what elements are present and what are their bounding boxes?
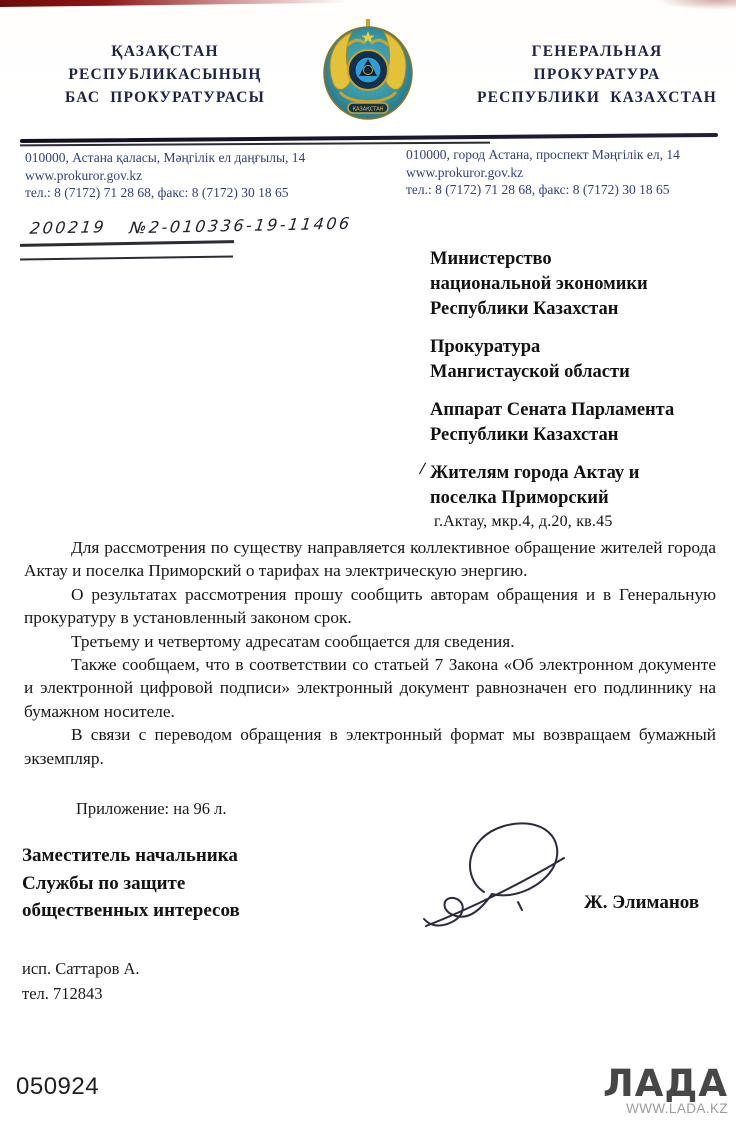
scanned-letter-page: ҚАЗАҚСТАН РЕСПУБЛИКАСЫНЫҢ БАС ПРОКУРАТУР…: [0, 0, 736, 1136]
body-paragraph: Также сообщаем, что в соответствии со ст…: [24, 653, 716, 723]
recipient-line: Республики Казахстан: [430, 423, 726, 448]
attachment-note: Приложение: на 96 л.: [24, 799, 227, 819]
recipient-line: Прокуратура: [430, 335, 726, 360]
reference-underline: [20, 240, 234, 246]
recipient-line: поселка Приморский: [430, 486, 726, 511]
recipient-ministry: Министерство национальной экономики Респ…: [430, 247, 726, 322]
website-url: www.prokuror.gov.kz: [25, 167, 390, 185]
org-left-line: БАС ПРОКУРАТУРАСЫ: [30, 86, 300, 109]
recipient-line: Министерство: [430, 247, 726, 272]
org-left-line: ҚАЗАҚСТАН: [30, 40, 300, 63]
signer-position: Заместитель начальника Службы по защите …: [22, 842, 240, 925]
handwritten-tick-mark: /: [417, 456, 427, 482]
signer-position-line: Заместитель начальника: [22, 842, 240, 870]
recipient-prosecutor-office: Прокуратура Мангистауской области: [430, 335, 726, 385]
body-paragraph: Третьему и четвертому адресатам сообщает…: [24, 630, 716, 653]
svg-text:ҚАЗАҚСТАН: ҚАЗАҚСТАН: [353, 107, 384, 113]
executor-block: исп. Саттаров А. тел. 712843: [22, 957, 140, 1006]
executor-phone: тел. 712843: [22, 982, 140, 1007]
website-url: www.prokuror.gov.kz: [406, 164, 731, 182]
org-right-line: РЕСПУБЛИКИ КАЗАХСТАН: [468, 86, 726, 109]
letter-body: Для рассмотрения по существу направляетс…: [24, 536, 716, 770]
body-paragraph: Для рассмотрения по существу направляетс…: [24, 536, 716, 583]
recipient-line: национальной экономики: [430, 272, 726, 297]
handwritten-signature-icon: [420, 814, 590, 934]
body-paragraph: О результатах рассмотрения прошу сообщит…: [24, 583, 716, 630]
phone-fax-line: тел.: 8 (7172) 71 28 68, факс: 8 (7172) …: [406, 181, 731, 199]
body-paragraph: В связи с переводом обращения в электрон…: [24, 723, 716, 770]
phone-fax-line: тел.: 8 (7172) 71 28 68, факс: 8 (7172) …: [25, 184, 390, 202]
recipient-line-text: Жителям города Актау и: [430, 463, 639, 483]
recipient-line: /Жителям города Актау и: [430, 461, 726, 486]
address-block-russian: 010000, город Астана, проспект Мәңгілік …: [406, 146, 731, 199]
address-block-kazakh: 010000, Астана қаласы, Мәңгілік ел даңғы…: [25, 149, 390, 202]
scan-artifact-top-right: [656, 0, 736, 10]
scan-code: 050924: [16, 1073, 99, 1101]
recipient-residents: /Жителям города Актау и поселка Приморск…: [430, 461, 726, 532]
signer-position-line: Службы по защите: [22, 870, 240, 898]
reference-underline: [20, 256, 233, 261]
address-line: 010000, Астана қаласы, Мәңгілік ел даңғы…: [25, 149, 390, 167]
recipients-block: Министерство национальной экономики Респ…: [430, 247, 726, 545]
executor-name: исп. Саттаров А.: [22, 957, 140, 982]
address-line: 010000, город Астана, проспект Мәңгілік …: [406, 146, 731, 164]
scan-artifact-top-left: [0, 0, 348, 7]
org-right-line: ПРОКУРАТУРА: [468, 63, 726, 86]
signer-name: Ж. Элиманов: [584, 892, 699, 914]
recipient-street-address: г.Актау, мкр.4, д.20, кв.45: [430, 511, 726, 532]
org-left-line: РЕСПУБЛИКАСЫНЫҢ: [30, 63, 300, 86]
site-watermark: ЛАДА WWW.LADA.KZ: [603, 1064, 728, 1116]
handwritten-date: 200219: [29, 217, 108, 238]
signer-position-line: общественных интересов: [22, 897, 240, 925]
recipient-line: Аппарат Сената Парламента: [430, 398, 726, 423]
recipient-senate-apparatus: Аппарат Сената Парламента Республики Каз…: [430, 398, 726, 448]
org-right-line: ГЕНЕРАЛЬНАЯ: [468, 40, 726, 63]
org-name-russian: ГЕНЕРАЛЬНАЯ ПРОКУРАТУРА РЕСПУБЛИКИ КАЗАХ…: [468, 40, 726, 109]
recipient-line: Мангистауской области: [430, 360, 726, 385]
kazakhstan-emblem-icon: ҚАЗАҚСТАН: [318, 16, 418, 124]
handwritten-outgoing-number: №2-010336-19-11406: [129, 214, 353, 238]
watermark-logo: ЛАДА: [603, 1064, 728, 1104]
org-name-kazakh: ҚАЗАҚСТАН РЕСПУБЛИКАСЫНЫҢ БАС ПРОКУРАТУР…: [30, 40, 300, 109]
recipient-line: Республики Казахстан: [430, 297, 726, 322]
